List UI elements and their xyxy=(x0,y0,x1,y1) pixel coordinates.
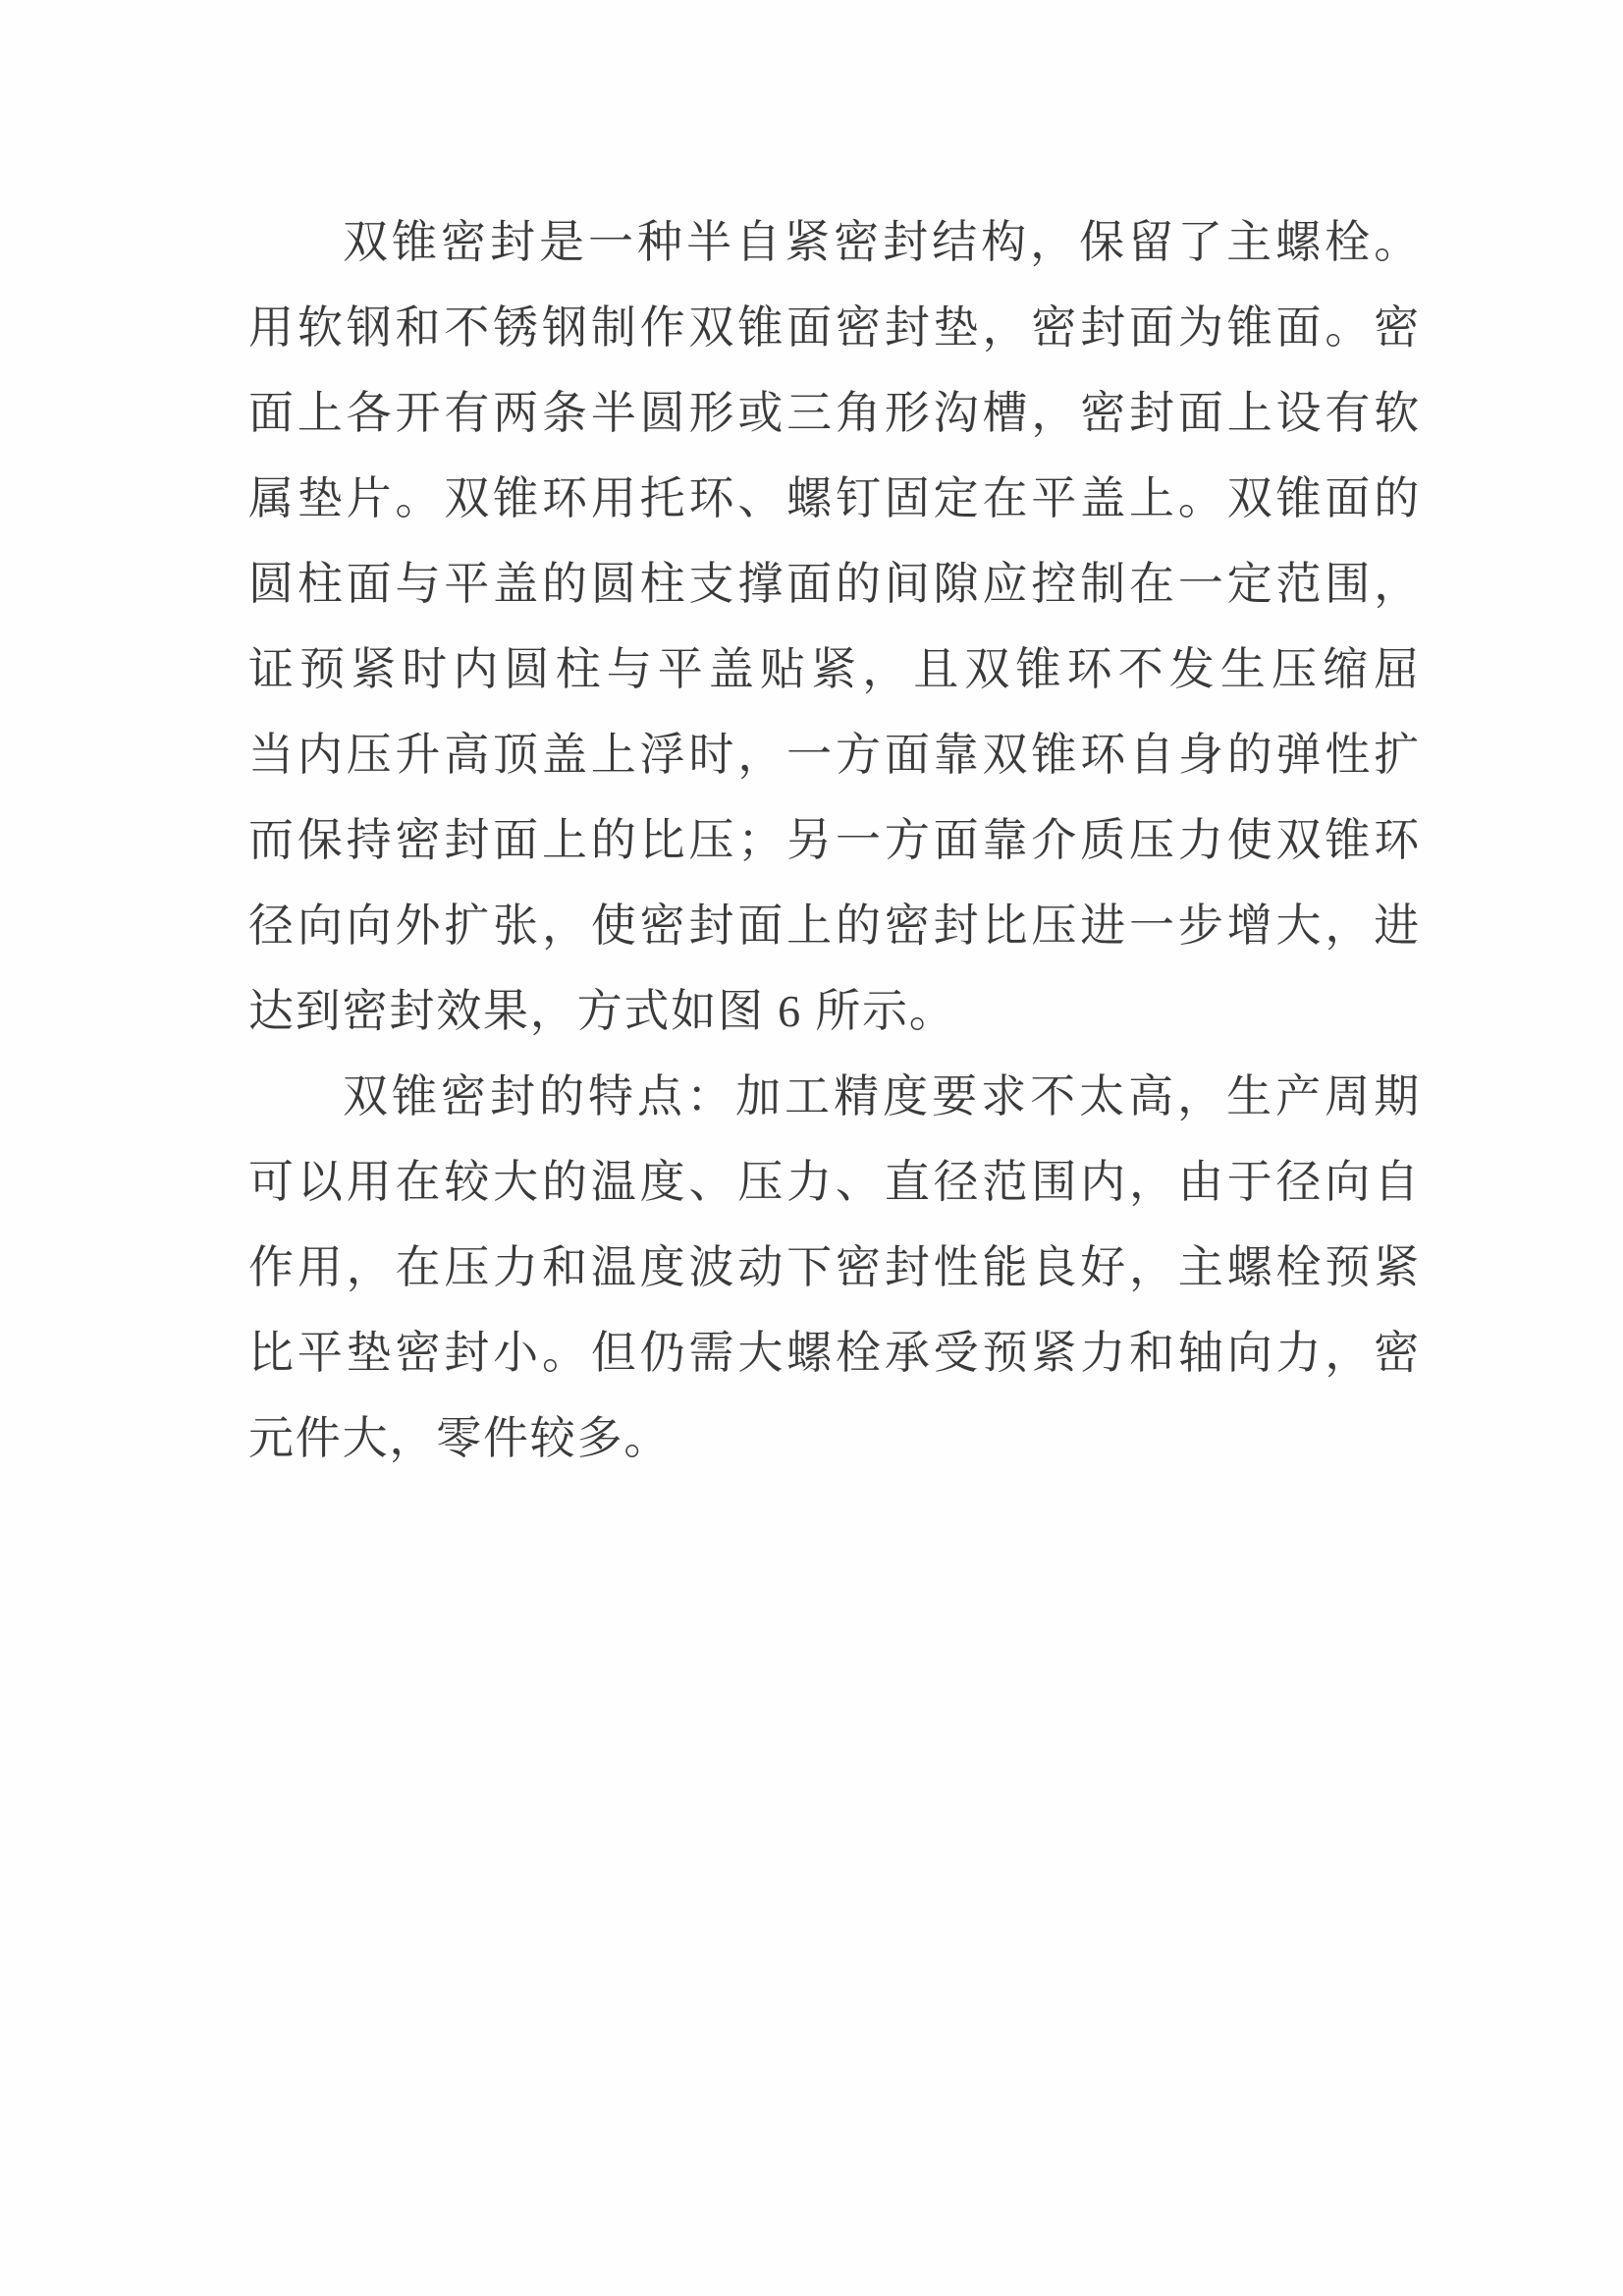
paragraph-2: 双锥密封的特点：加工精度要求不太高，生产周期短， 可以用在较大的温度、压力、直径… xyxy=(248,1054,1421,1481)
paragraph-line: 元件大，零件较多。 xyxy=(248,1395,1421,1481)
paragraph-1: 双锥密封是一种半自紧密封结构，保留了主螺栓。采 用软钢和不锈钢制作双锥面密封垫，… xyxy=(248,199,1421,1054)
paragraph-line: 用软钢和不锈钢制作双锥面密封垫，密封面为锥面。密封 xyxy=(248,285,1421,370)
paragraph-line: 双锥密封的特点：加工精度要求不太高，生产周期短， xyxy=(248,1054,1421,1139)
paragraph-line: 比平垫密封小。但仍需大螺栓承受预紧力和轴向力，密封 xyxy=(248,1310,1421,1395)
paragraph-line: 圆柱面与平盖的圆柱支撑面的间隙应控制在一定范围，保 xyxy=(248,541,1421,627)
text-block: 双锥密封是一种半自紧密封结构，保留了主螺栓。采 用软钢和不锈钢制作双锥面密封垫，… xyxy=(248,199,1421,1481)
paragraph-line: 当内压升高顶盖上浮时，一方面靠双锥环自身的弹性扩张 xyxy=(248,712,1421,797)
paragraph-line: 径向向外扩张，使密封面上的密封比压进一步增大，进而 xyxy=(248,883,1421,968)
paragraph-line: 面上各开有两条半圆形或三角形沟槽，密封面上设有软金 xyxy=(248,370,1421,456)
paragraph-line: 作用，在压力和温度波动下密封性能良好，主螺栓预紧力 xyxy=(248,1225,1421,1310)
paragraph-line: 证预紧时内圆柱与平盖贴紧，且双锥环不发生压缩屈服。 xyxy=(248,627,1421,712)
paragraph-line: 属垫片。双锥环用托环、螺钉固定在平盖上。双锥面的内 xyxy=(248,456,1421,541)
paragraph-line: 达到密封效果，方式如图 6 所示。 xyxy=(248,968,1421,1054)
paragraph-line: 而保持密封面上的比压；另一方面靠介质压力使双锥环沿 xyxy=(248,797,1421,883)
document-page: 双锥密封是一种半自紧密封结构，保留了主螺栓。采 用软钢和不锈钢制作双锥面密封垫，… xyxy=(0,0,1623,2296)
paragraph-line: 双锥密封是一种半自紧密封结构，保留了主螺栓。采 xyxy=(248,199,1421,285)
paragraph-line: 可以用在较大的温度、压力、直径范围内，由于径向自紧 xyxy=(248,1139,1421,1225)
